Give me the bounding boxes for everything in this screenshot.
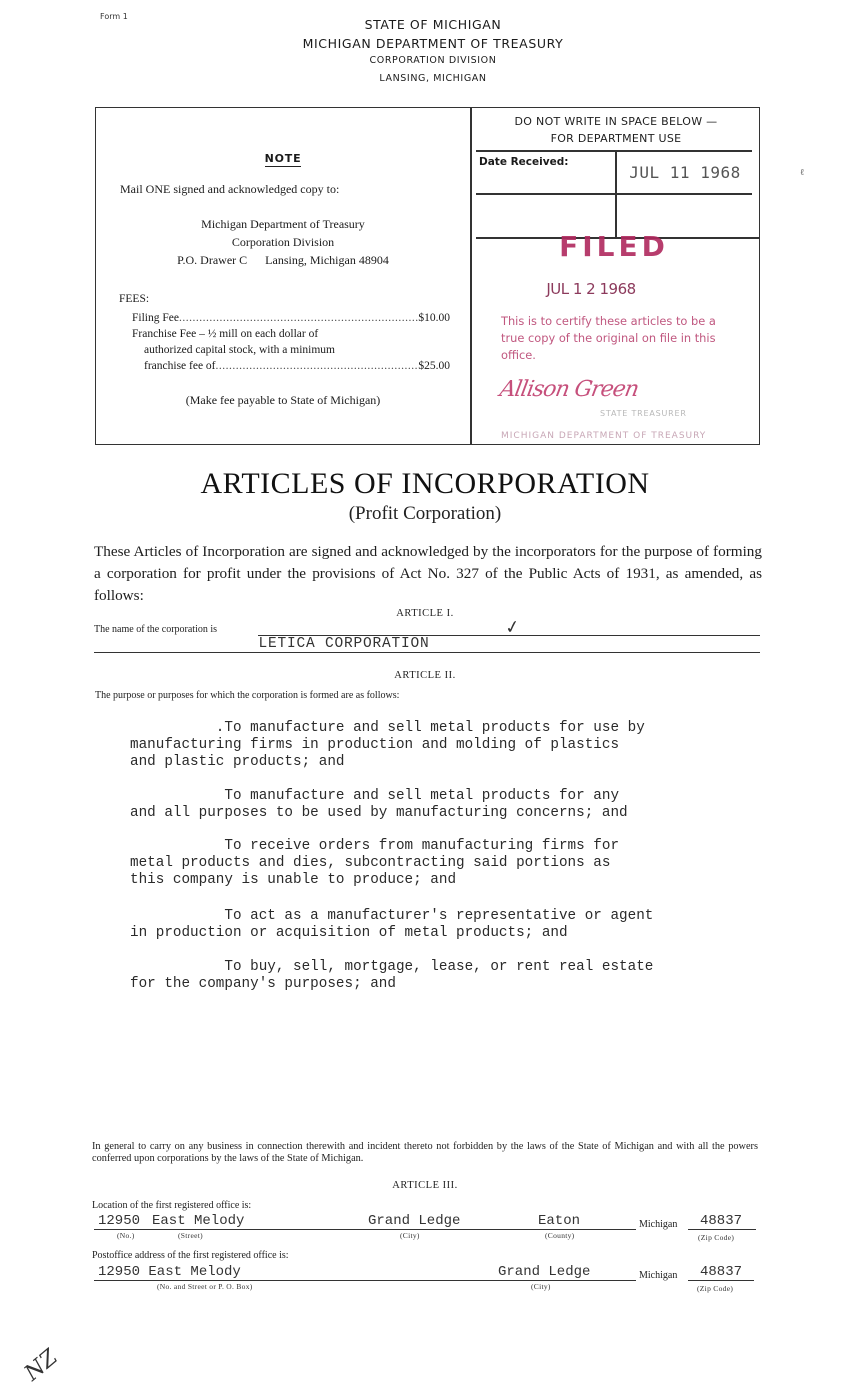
mail-address-line: Michigan Department of Treasury xyxy=(96,215,470,233)
caption: (Street) xyxy=(178,1231,203,1240)
purpose-label: The purpose or purposes for which the co… xyxy=(95,690,399,701)
caption: (Zip Code) xyxy=(697,1284,733,1293)
location-county-field[interactable]: Eaton xyxy=(538,1213,580,1229)
franchise-fee-line: Franchise Fee – ½ mill on each dollar of xyxy=(132,328,450,340)
franchise-fee-label: franchise fee of xyxy=(144,360,216,372)
divider xyxy=(476,150,752,152)
mail-address-line: Corporation Division xyxy=(96,233,470,251)
caption: (Zip Code) xyxy=(698,1233,734,1242)
caption: (City) xyxy=(400,1231,420,1240)
treasurer-signature: Allison Green xyxy=(498,377,640,402)
purpose-item: To buy, sell, mortgage, lease, or rent r… xyxy=(130,959,750,993)
postoffice-state: Michigan xyxy=(639,1270,677,1281)
postoffice-label: Postoffice address of the first register… xyxy=(92,1250,289,1261)
divider xyxy=(615,150,617,237)
location-street-field[interactable]: East Melody xyxy=(152,1213,244,1229)
purpose-item: To receive orders from manufacturing fir… xyxy=(130,838,750,889)
payable-note: (Make fee payable to State of Michigan) xyxy=(96,393,470,408)
postoffice-street-field[interactable]: 12950 East Melody xyxy=(98,1264,241,1280)
field-line xyxy=(94,1280,636,1281)
general-clause: In general to carry on any business in c… xyxy=(92,1141,758,1164)
field-line xyxy=(94,652,760,653)
location-zip-field[interactable]: 48837 xyxy=(700,1213,742,1229)
leader-dots xyxy=(216,360,419,372)
purpose-item: To manufacture and sell metal products f… xyxy=(130,788,750,822)
dept-use-header: FOR DEPARTMENT USE xyxy=(472,132,760,145)
mail-instruction: Mail ONE signed and acknowledged copy to… xyxy=(120,182,339,197)
location-city-field[interactable]: Grand Ledge xyxy=(368,1213,460,1229)
franchise-fee-row: franchise fee of $25.00 xyxy=(144,360,450,372)
mail-address-line: P.O. Drawer C Lansing, Michigan 48904 xyxy=(96,251,470,269)
checkmark-icon: ✓ xyxy=(503,616,522,639)
purpose-item: To act as a manufacturer's representativ… xyxy=(130,908,750,942)
field-line xyxy=(688,1280,754,1281)
filing-fee-row: Filing Fee $10.00 xyxy=(132,312,450,324)
document-title: ARTICLES OF INCORPORATION xyxy=(0,467,850,501)
corporation-name-field[interactable]: LETICA CORPORATION xyxy=(94,636,594,652)
caption: (City) xyxy=(531,1282,551,1291)
franchise-fee-line: authorized capital stock, with a minimum xyxy=(144,344,450,356)
article-2-heading: ARTICLE II. xyxy=(0,670,850,681)
document-subtitle: (Profit Corporation) xyxy=(0,503,850,525)
certification-text: This is to certify these articles to be … xyxy=(501,313,731,364)
field-line xyxy=(688,1229,756,1230)
margin-mark: ℓ xyxy=(800,167,804,177)
location-state: Michigan xyxy=(639,1219,677,1230)
filing-fee-amount: $10.00 xyxy=(418,312,450,324)
note-title: NOTE xyxy=(96,152,470,165)
header-department: MICHIGAN DEPARTMENT OF TREASURY xyxy=(200,36,666,51)
caption: (No.) xyxy=(117,1231,135,1240)
header-state: STATE OF MICHIGAN xyxy=(200,17,666,32)
department-name: MICHIGAN DEPARTMENT OF TREASURY xyxy=(501,431,706,441)
leader-dots xyxy=(179,312,418,324)
postoffice-zip-field[interactable]: 48837 xyxy=(700,1264,742,1280)
purpose-item: .To manufacture and sell metal products … xyxy=(130,720,750,771)
box-divider xyxy=(470,107,472,445)
signature-title: STATE TREASURER xyxy=(600,409,687,418)
date-received-label: Date Received: xyxy=(479,156,568,168)
filing-fee-label: Filing Fee xyxy=(132,312,179,324)
fees-label: FEES: xyxy=(119,293,149,305)
header-city: LANSING, MICHIGAN xyxy=(200,73,666,84)
filed-date-stamp: JUL 1 2 1968 xyxy=(476,280,706,298)
caption: (No. and Street or P. O. Box) xyxy=(157,1282,253,1291)
field-line xyxy=(94,1229,636,1230)
location-number-field[interactable]: 12950 xyxy=(98,1213,140,1229)
caption: (County) xyxy=(545,1231,574,1240)
location-label: Location of the first registered office … xyxy=(92,1200,251,1211)
postoffice-city-field[interactable]: Grand Ledge xyxy=(498,1264,590,1280)
form-number: Form 1 xyxy=(100,12,128,21)
dept-use-header: DO NOT WRITE IN SPACE BELOW — xyxy=(472,115,760,128)
header-division: CORPORATION DIVISION xyxy=(200,55,666,66)
article-3-heading: ARTICLE III. xyxy=(0,1180,850,1191)
handwritten-initials: NZ xyxy=(20,1345,63,1386)
filed-stamp: FILED xyxy=(476,230,752,263)
divider xyxy=(476,193,752,195)
corporation-name-label: The name of the corporation is xyxy=(94,624,217,635)
article-1-heading: ARTICLE I. xyxy=(0,608,850,619)
intro-paragraph: These Articles of Incorporation are sign… xyxy=(94,541,762,607)
date-received-stamp: JUL 11 1968 xyxy=(620,163,750,182)
franchise-fee-amount: $25.00 xyxy=(418,360,450,372)
